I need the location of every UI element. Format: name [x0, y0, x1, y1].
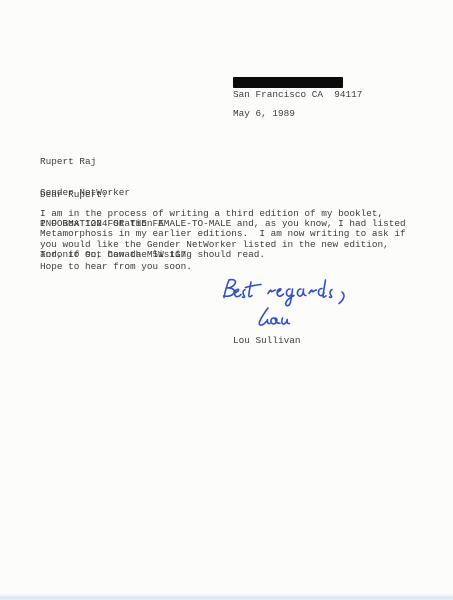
salutation: Dear Rupert: — [40, 190, 108, 200]
letter-page: San Francisco CA 94117 May 6, 1989 Ruper… — [0, 0, 453, 600]
body-paragraph: I am in the process of writing a third e… — [40, 209, 406, 260]
redacted-address-bar — [233, 77, 343, 88]
handwritten-closing: Best regards, — [220, 276, 356, 308]
handwritten-closing-text: Best regards, — [220, 308, 221, 309]
sender-city-line: San Francisco CA 94117 — [233, 90, 362, 100]
handwritten-signature-strokes — [255, 305, 293, 329]
handwritten-closing-strokes — [220, 276, 356, 308]
handwritten-signature: Lou — [255, 305, 293, 329]
closing-line: Hope to hear from you soon. — [40, 262, 192, 272]
scan-bottom-edge — [0, 594, 453, 600]
date-line: May 6, 1989 — [233, 109, 295, 119]
handwritten-signature-text: Lou — [255, 329, 256, 330]
typed-signature-name: Lou Sullivan — [233, 336, 301, 346]
recipient-name: Rupert Raj — [40, 157, 186, 167]
